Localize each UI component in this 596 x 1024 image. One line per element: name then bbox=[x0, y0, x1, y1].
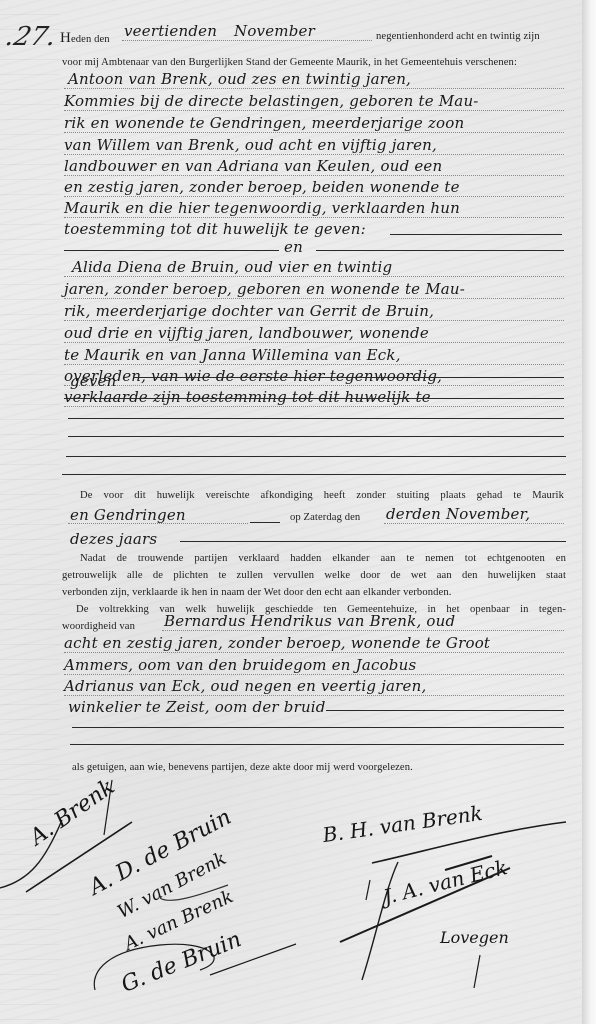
marriage-record-page: .27. Heden den veertienden November nege… bbox=[0, 0, 582, 1024]
signature-flourishes bbox=[0, 0, 596, 1024]
page-right-edge bbox=[582, 0, 596, 1024]
